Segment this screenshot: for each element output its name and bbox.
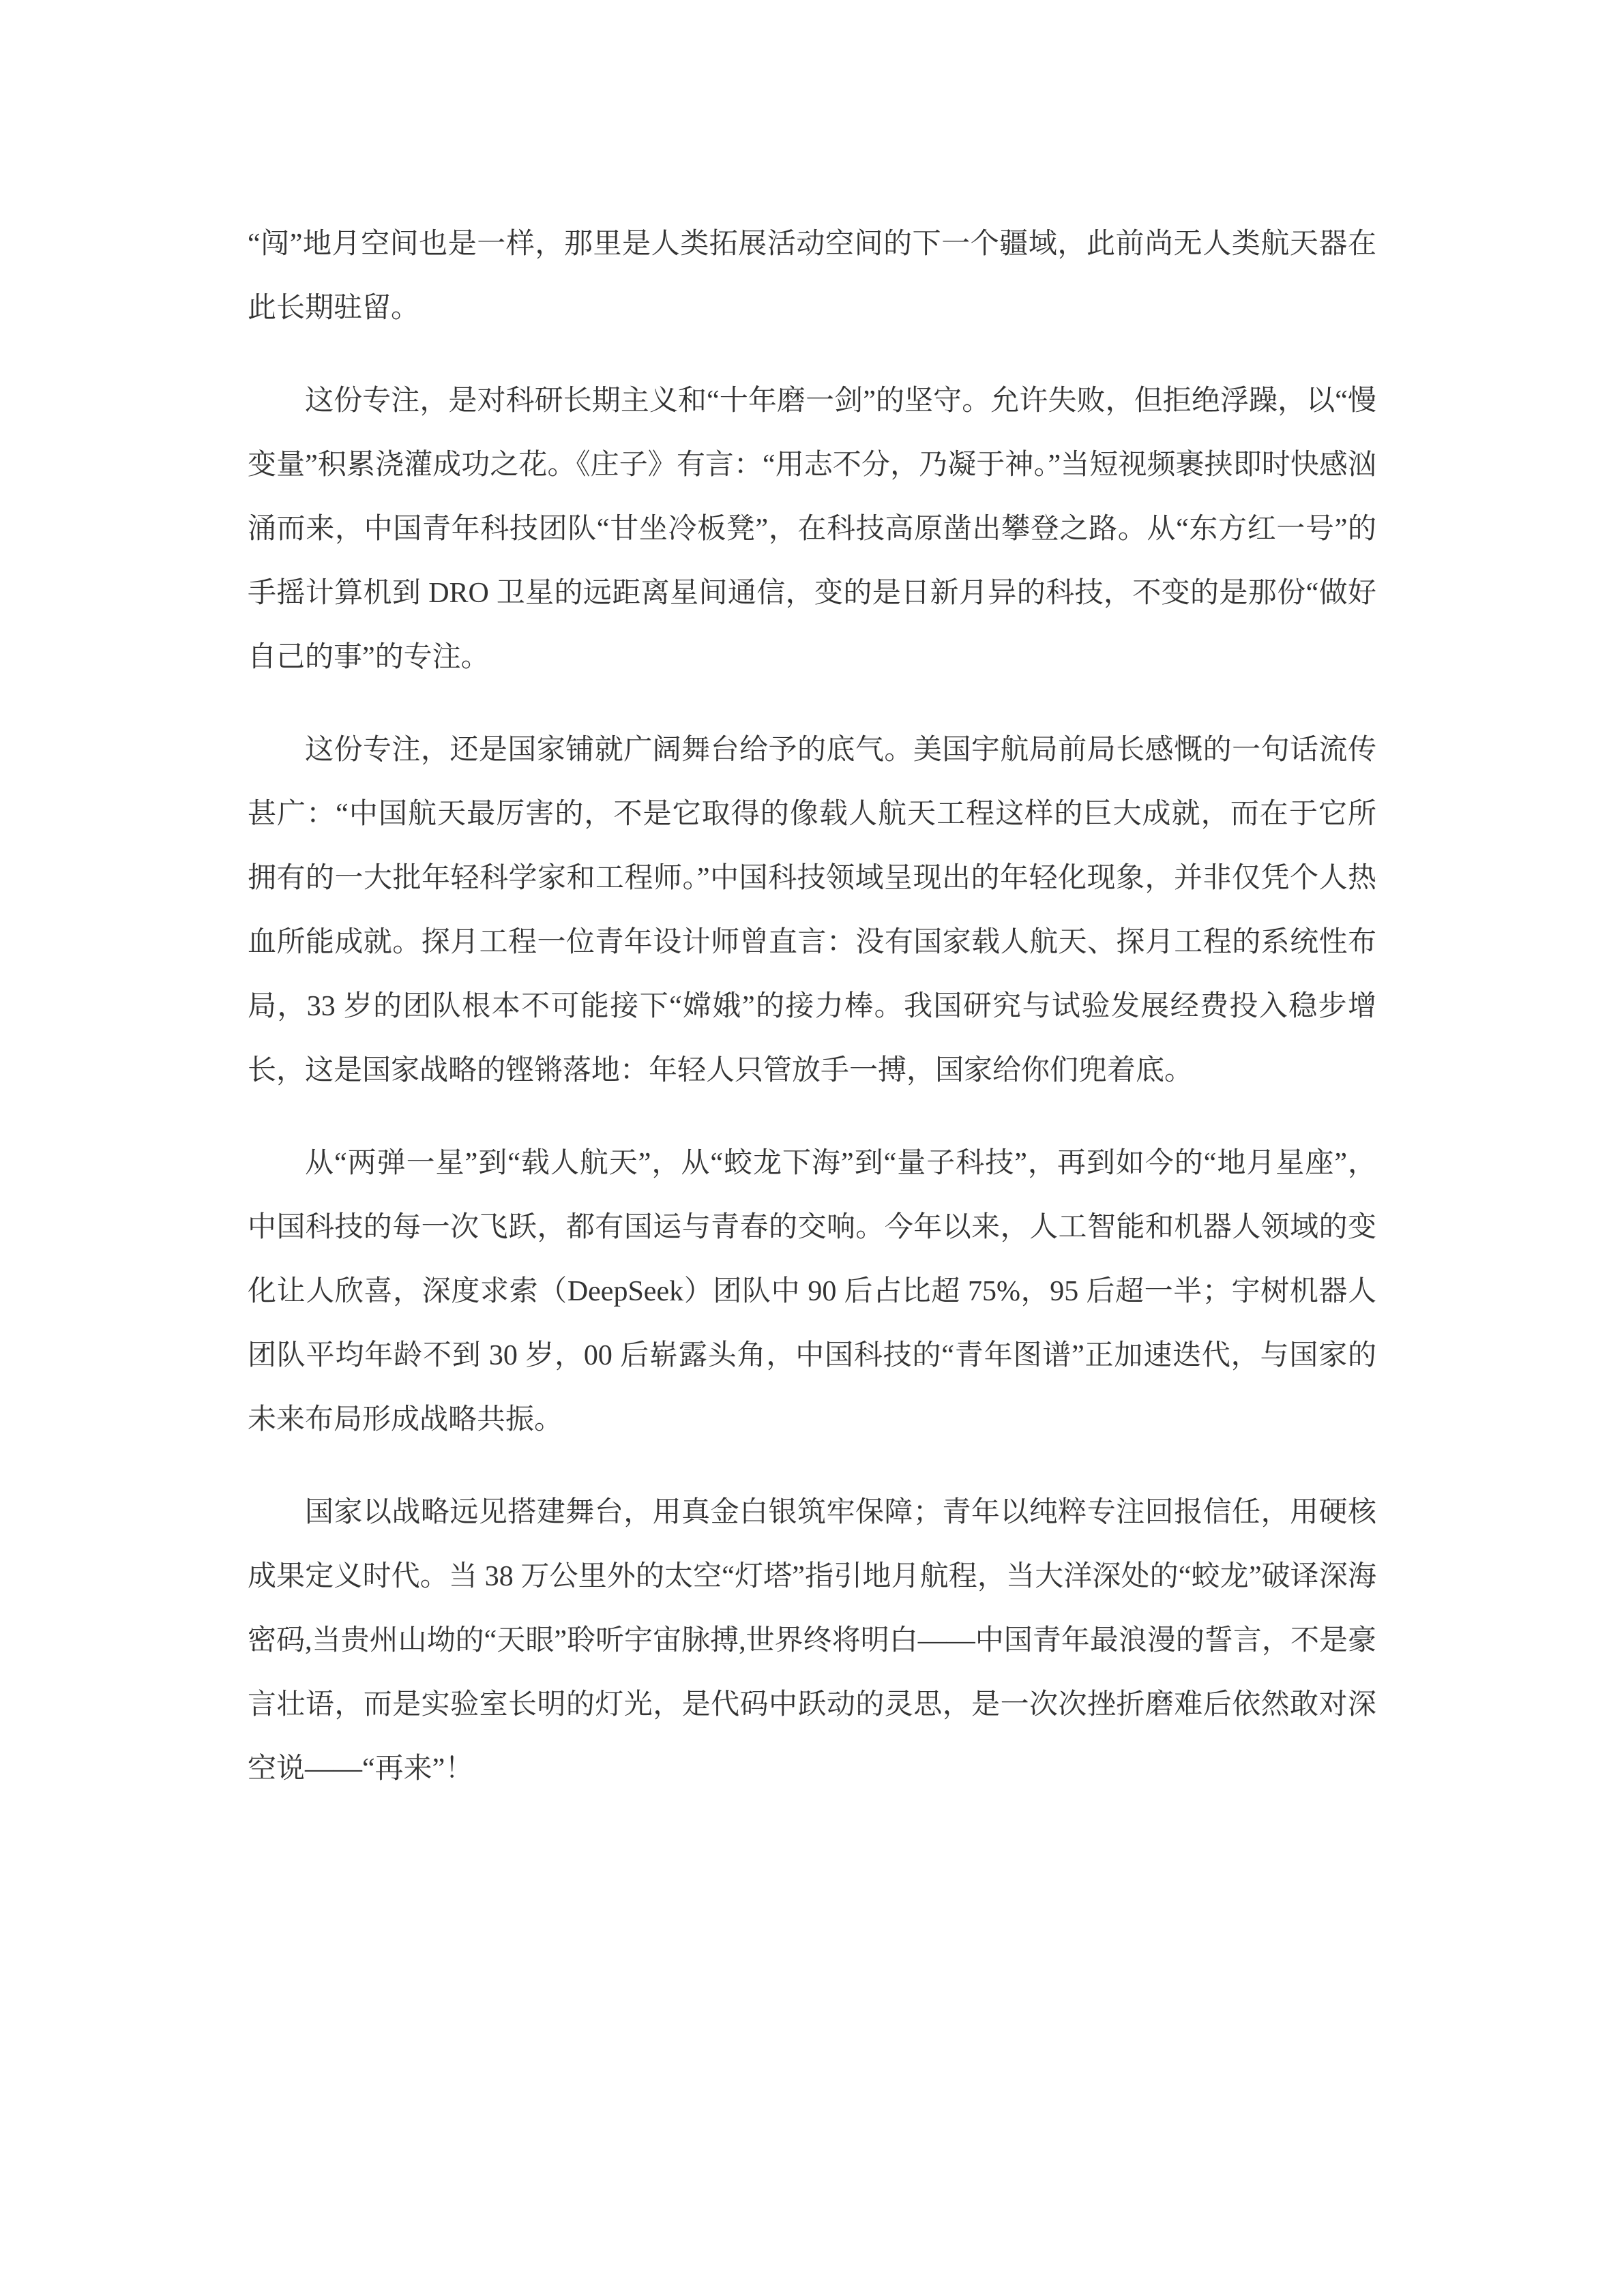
paragraph: 国家以战略远见搭建舞台，用真金白银筑牢保障；青年以纯粹专注回报信任，用硬核成果定… (248, 1480, 1376, 1801)
paragraph: 这份专注，是对科研长期主义和“十年磨一剑”的坚守。允许失败，但拒绝浮躁，以“慢变… (248, 369, 1376, 689)
document-body: “闯”地月空间也是一样，那里是人类拓展活动空间的下一个疆域，此前尚无人类航天器在… (248, 212, 1376, 1801)
document-page: “闯”地月空间也是一样，那里是人类拓展活动空间的下一个疆域，此前尚无人类航天器在… (0, 0, 1624, 2296)
paragraph: 从“两弹一星”到“载人航天”，从“蛟龙下海”到“量子科技”，再到如今的“地月星座… (248, 1131, 1376, 1452)
paragraph: “闯”地月空间也是一样，那里是人类拓展活动空间的下一个疆域，此前尚无人类航天器在… (248, 212, 1376, 340)
paragraph: 这份专注，还是国家铺就广阔舞台给予的底气。美国宇航局前局长感慨的一句话流传甚广：… (248, 718, 1376, 1103)
